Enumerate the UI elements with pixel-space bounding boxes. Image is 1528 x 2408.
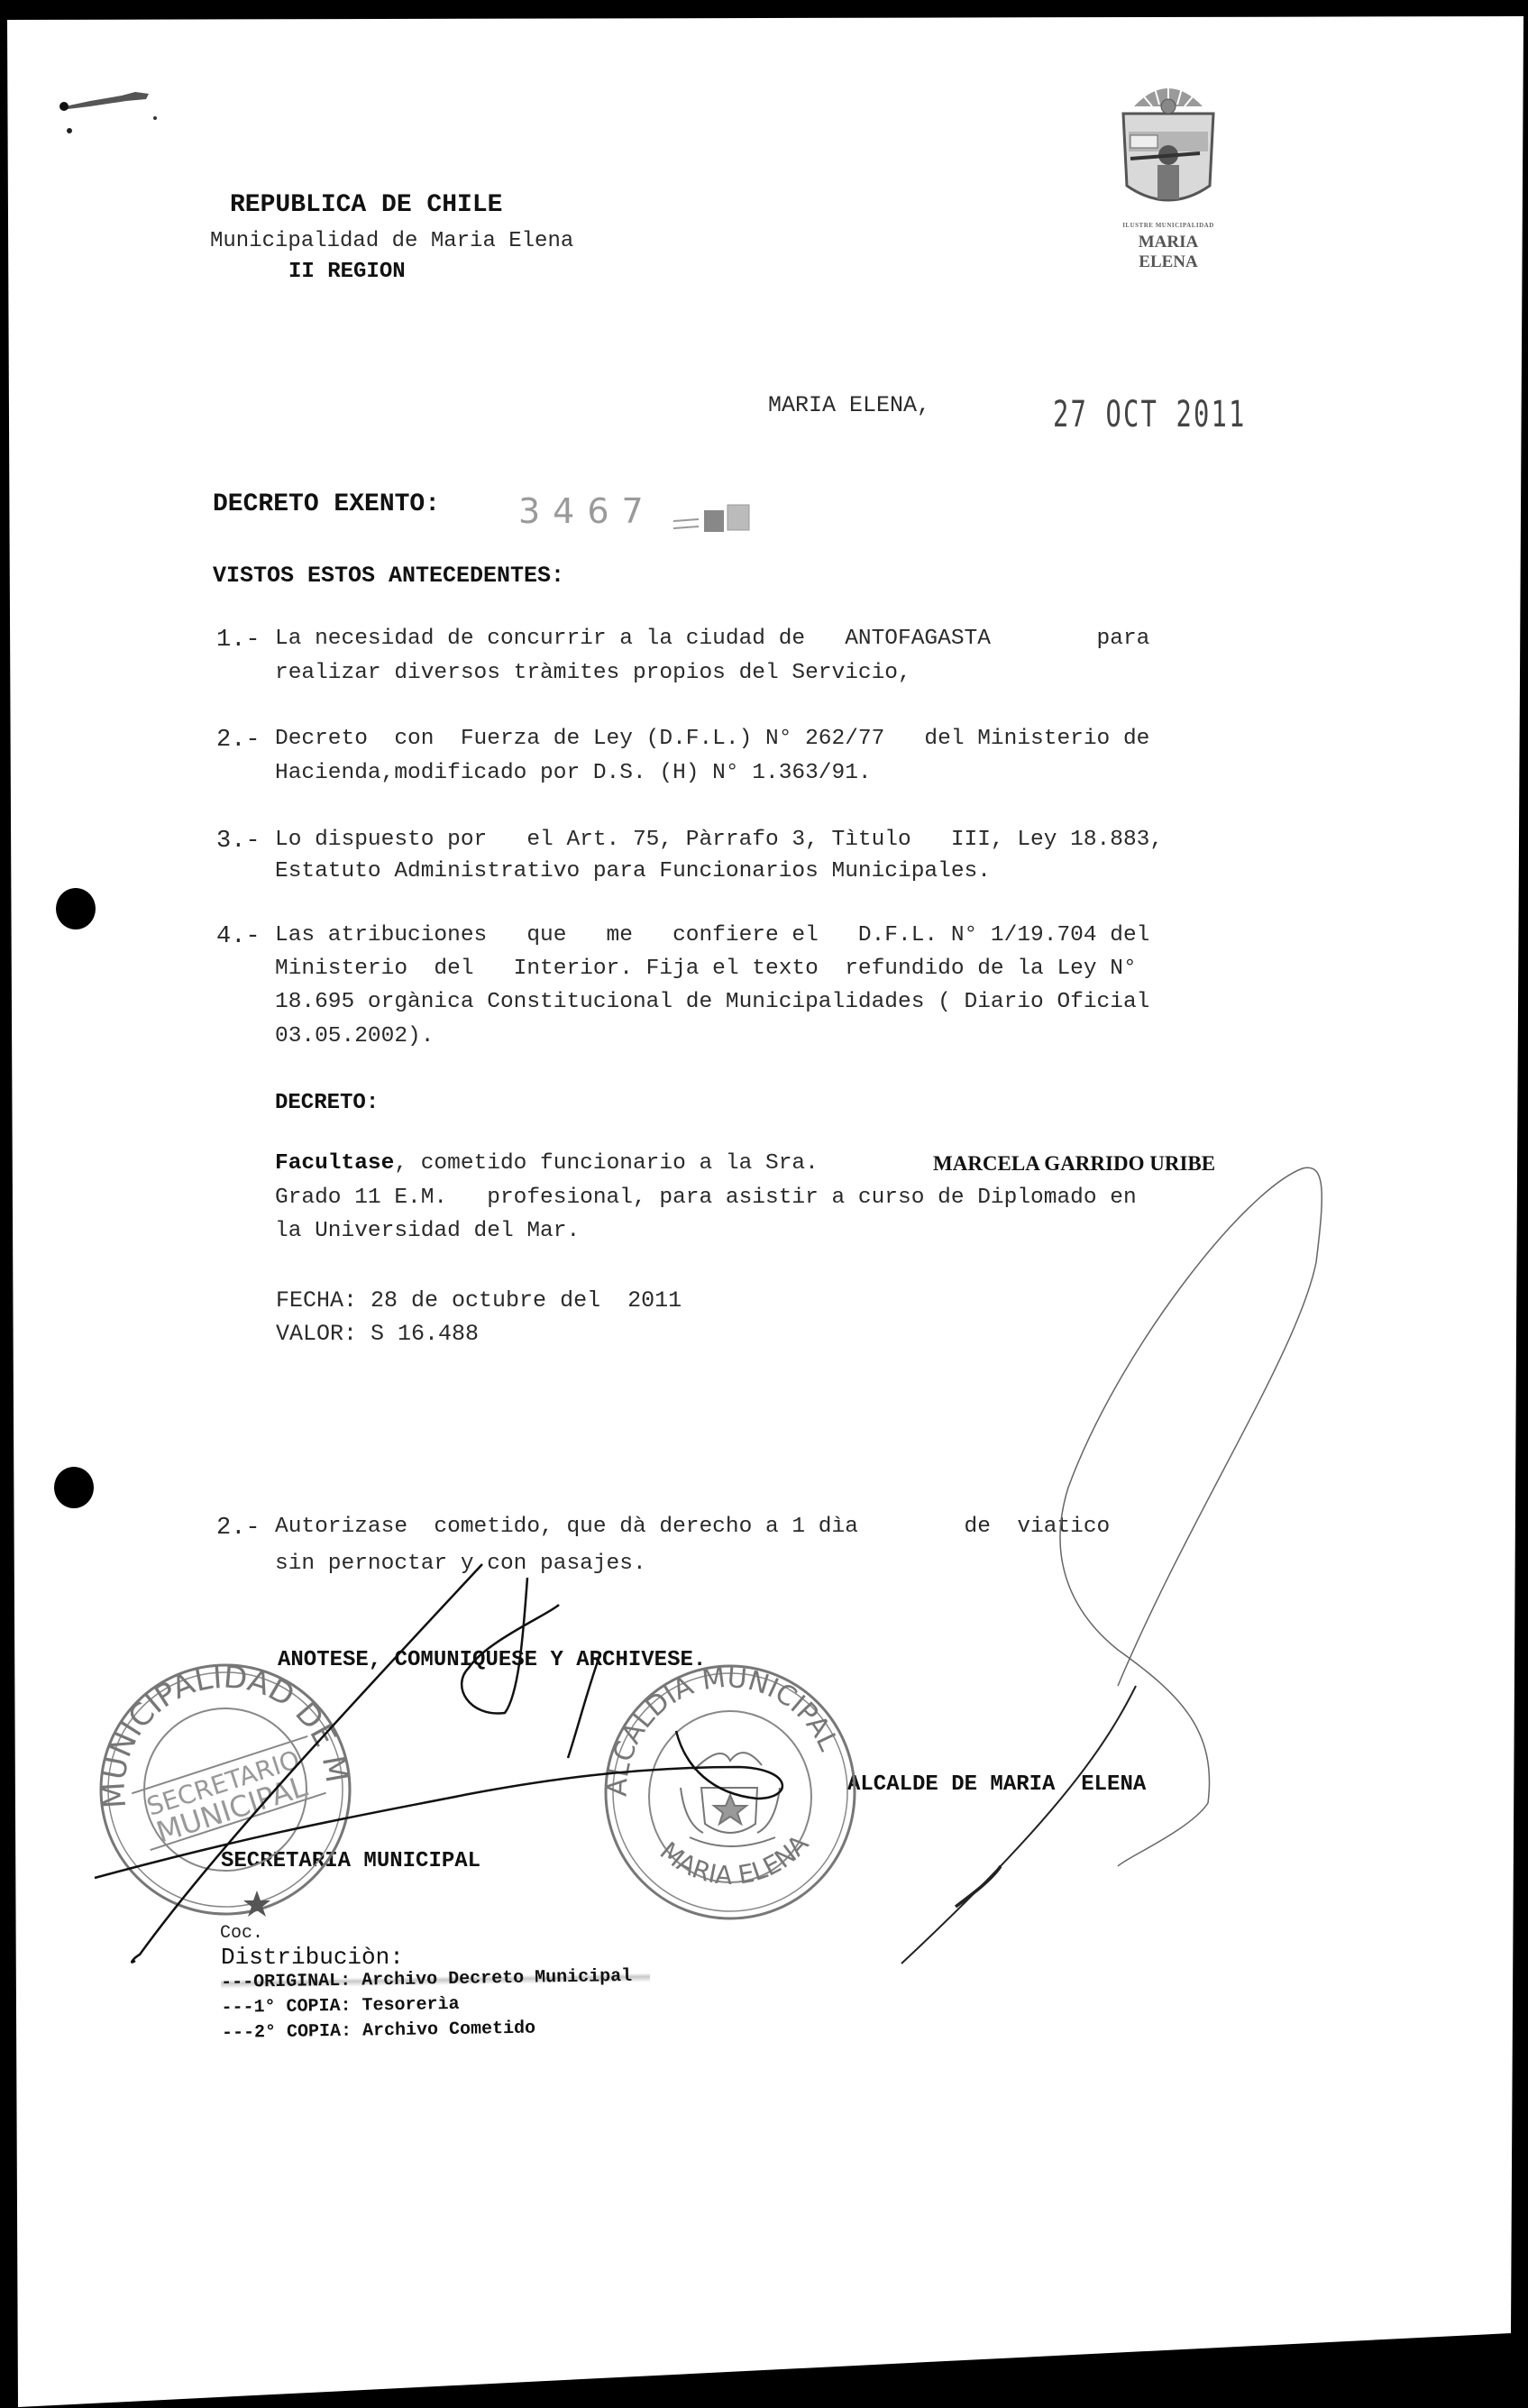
mayor-signature xyxy=(901,1167,1322,1964)
secretary-signature xyxy=(95,1564,782,1963)
distribution-list: ---ORIGINAL: Archivo Decreto Municipal -… xyxy=(221,1968,651,2028)
distribution-item: ---ORIGINAL: Archivo Decreto Municipal xyxy=(221,1968,650,1992)
initials: Coc. xyxy=(220,1925,263,1943)
signature-strokes xyxy=(0,0,1528,2408)
document-page: REPUBLICA DE CHILE Municipalidad de Mari… xyxy=(0,0,1528,2408)
distribution-heading: Distribuciòn: xyxy=(221,1946,404,1969)
distribution-item: ---1° COPIA: Tesorerìa xyxy=(221,1993,650,2018)
